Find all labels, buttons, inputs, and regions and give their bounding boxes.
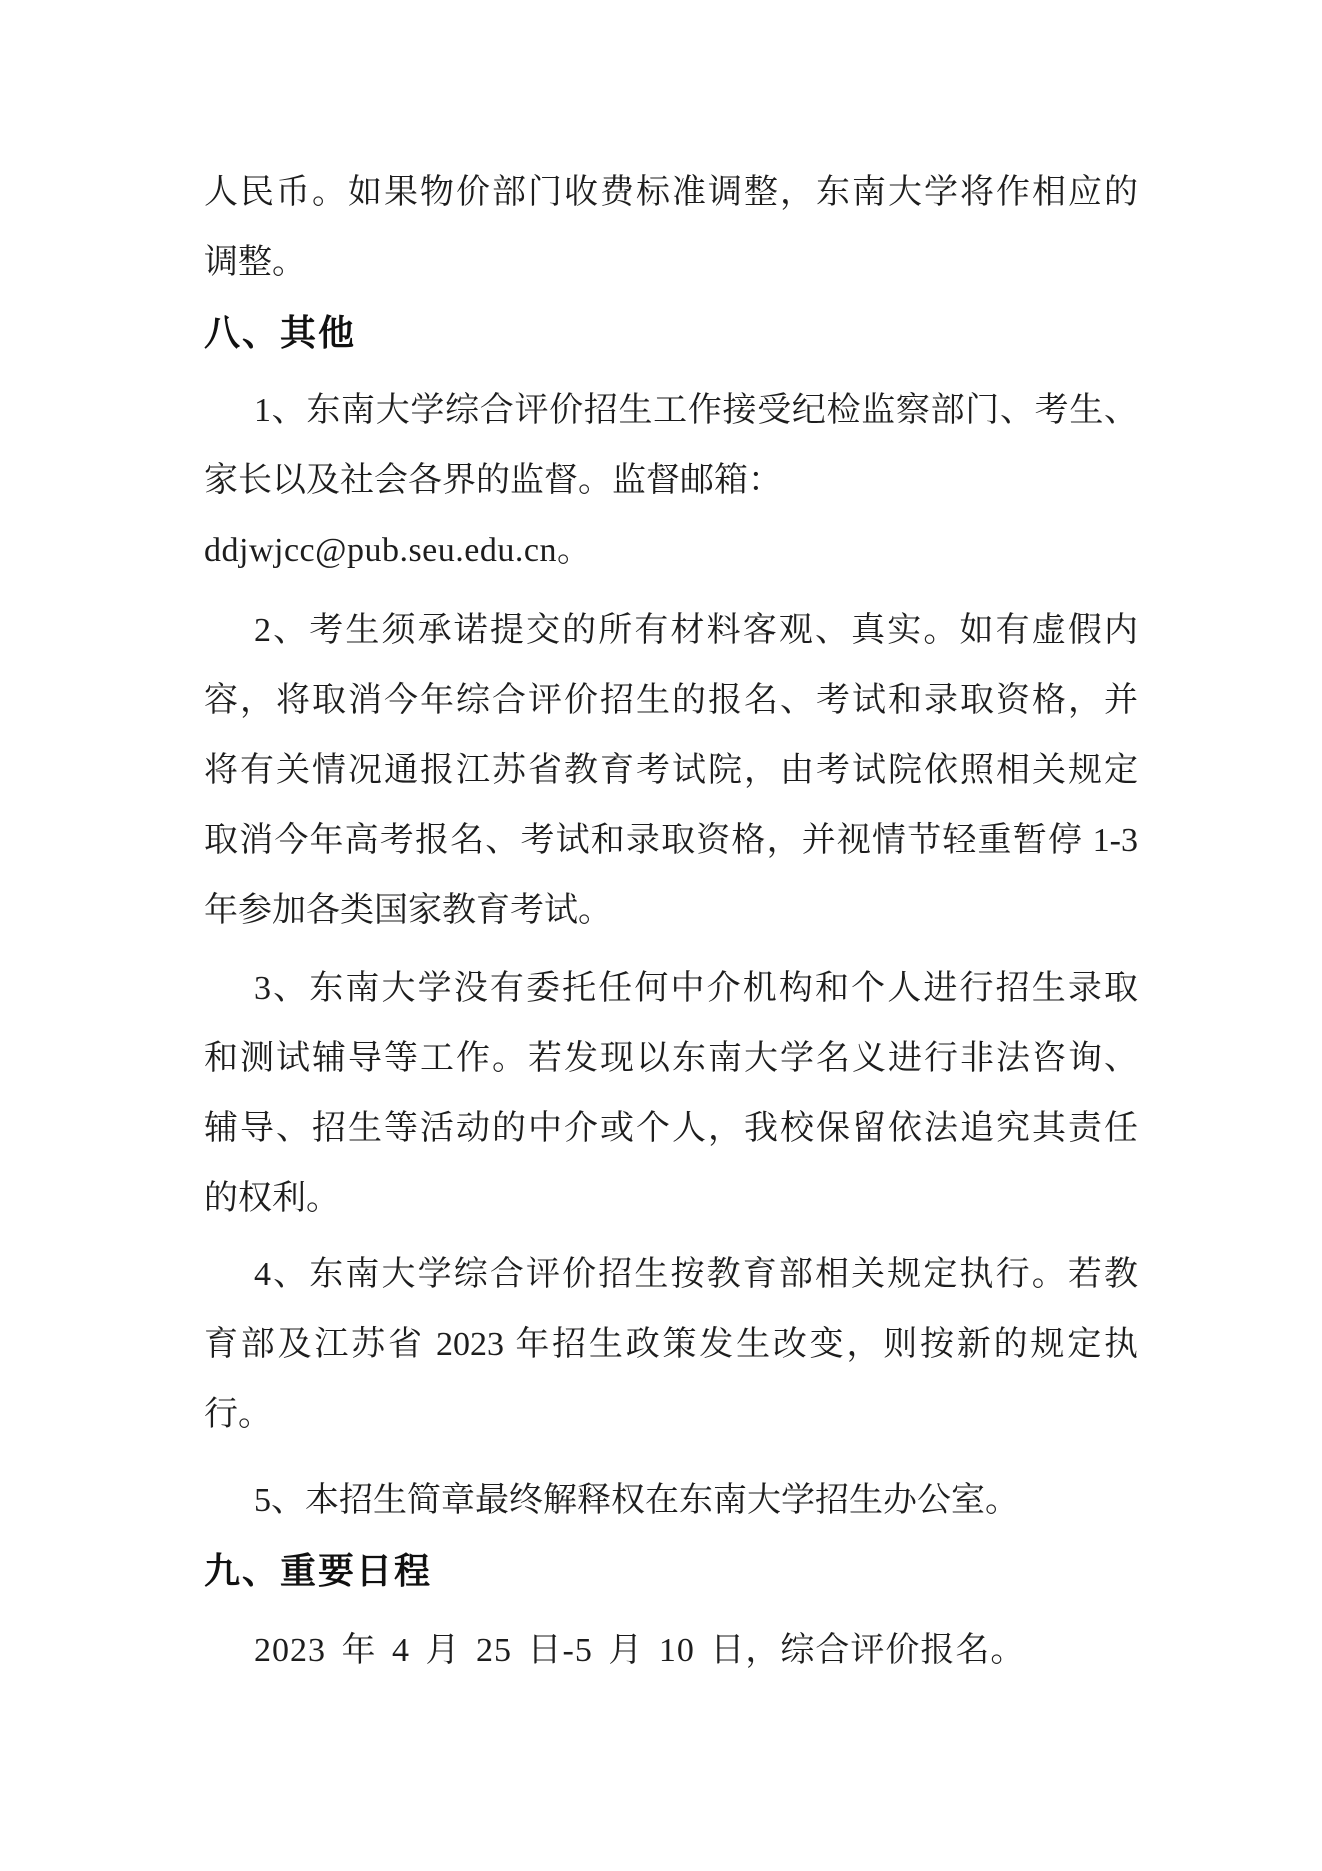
text-line: 1、东南大学综合评价招生工作接受纪检监察部门、考生、 xyxy=(204,376,1138,446)
text-line: 2023 年 4 月 25 日-5 月 10 日，综合评价报名。 xyxy=(204,1616,1138,1686)
document-body: 人民币。如果物价部门收费标准调整，东南大学将作相应的调整。八、其他1、东南大学综… xyxy=(204,158,1138,1686)
text-line: 辅导、招生等活动的中介或个人，我校保留依法追究其责任 xyxy=(204,1094,1138,1164)
text-line: 调整。 xyxy=(204,228,1138,298)
text-line: 3、东南大学没有委托任何中介机构和个人进行招生录取 xyxy=(204,954,1138,1024)
text-line: 4、东南大学综合评价招生按教育部相关规定执行。若教 xyxy=(204,1240,1138,1310)
paragraph: 4、东南大学综合评价招生按教育部相关规定执行。若教育部及江苏省 2023 年招生… xyxy=(204,1240,1138,1450)
text-line: 将有关情况通报江苏省教育考试院，由考试院依照相关规定 xyxy=(204,736,1138,806)
text-line: 年参加各类国家教育考试。 xyxy=(204,876,1138,946)
text-line: 容，将取消今年综合评价招生的报名、考试和录取资格，并 xyxy=(204,666,1138,736)
section-heading: 九、重要日程 xyxy=(204,1536,1138,1606)
text-line: 人民币。如果物价部门收费标准调整，东南大学将作相应的 xyxy=(204,158,1138,228)
text-line: 的权利。 xyxy=(204,1164,1138,1234)
text-line: 育部及江苏省 2023 年招生政策发生改变，则按新的规定执 xyxy=(204,1310,1138,1380)
text-line: 取消今年高考报名、考试和录取资格，并视情节轻重暂停 1-3 xyxy=(204,806,1138,876)
text-line: 家长以及社会各界的监督。监督邮箱： xyxy=(204,446,1138,516)
paragraph: 5、本招生简章最终解释权在东南大学招生办公室。 xyxy=(204,1466,1138,1536)
paragraph: 3、东南大学没有委托任何中介机构和个人进行招生录取和测试辅导等工作。若发现以东南… xyxy=(204,954,1138,1234)
text-line: 5、本招生简章最终解释权在东南大学招生办公室。 xyxy=(204,1466,1138,1536)
paragraph: 2、考生须承诺提交的所有材料客观、真实。如有虚假内容，将取消今年综合评价招生的报… xyxy=(204,596,1138,946)
text-line: 和测试辅导等工作。若发现以东南大学名义进行非法咨询、 xyxy=(204,1024,1138,1094)
document-page: 人民币。如果物价部门收费标准调整，东南大学将作相应的调整。八、其他1、东南大学综… xyxy=(0,0,1322,1871)
text-line: 八、其他 xyxy=(204,298,1138,368)
paragraph: 人民币。如果物价部门收费标准调整，东南大学将作相应的调整。 xyxy=(204,158,1138,298)
email-text: ddjwjcc@pub.seu.edu.cn。 xyxy=(204,516,1138,586)
text-line: 九、重要日程 xyxy=(204,1536,1138,1606)
text-line: 行。 xyxy=(204,1380,1138,1450)
paragraph: 1、东南大学综合评价招生工作接受纪检监察部门、考生、家长以及社会各界的监督。监督… xyxy=(204,376,1138,586)
text-line: 2、考生须承诺提交的所有材料客观、真实。如有虚假内 xyxy=(204,596,1138,666)
paragraph: 2023 年 4 月 25 日-5 月 10 日，综合评价报名。 xyxy=(204,1616,1138,1686)
section-heading: 八、其他 xyxy=(204,298,1138,368)
